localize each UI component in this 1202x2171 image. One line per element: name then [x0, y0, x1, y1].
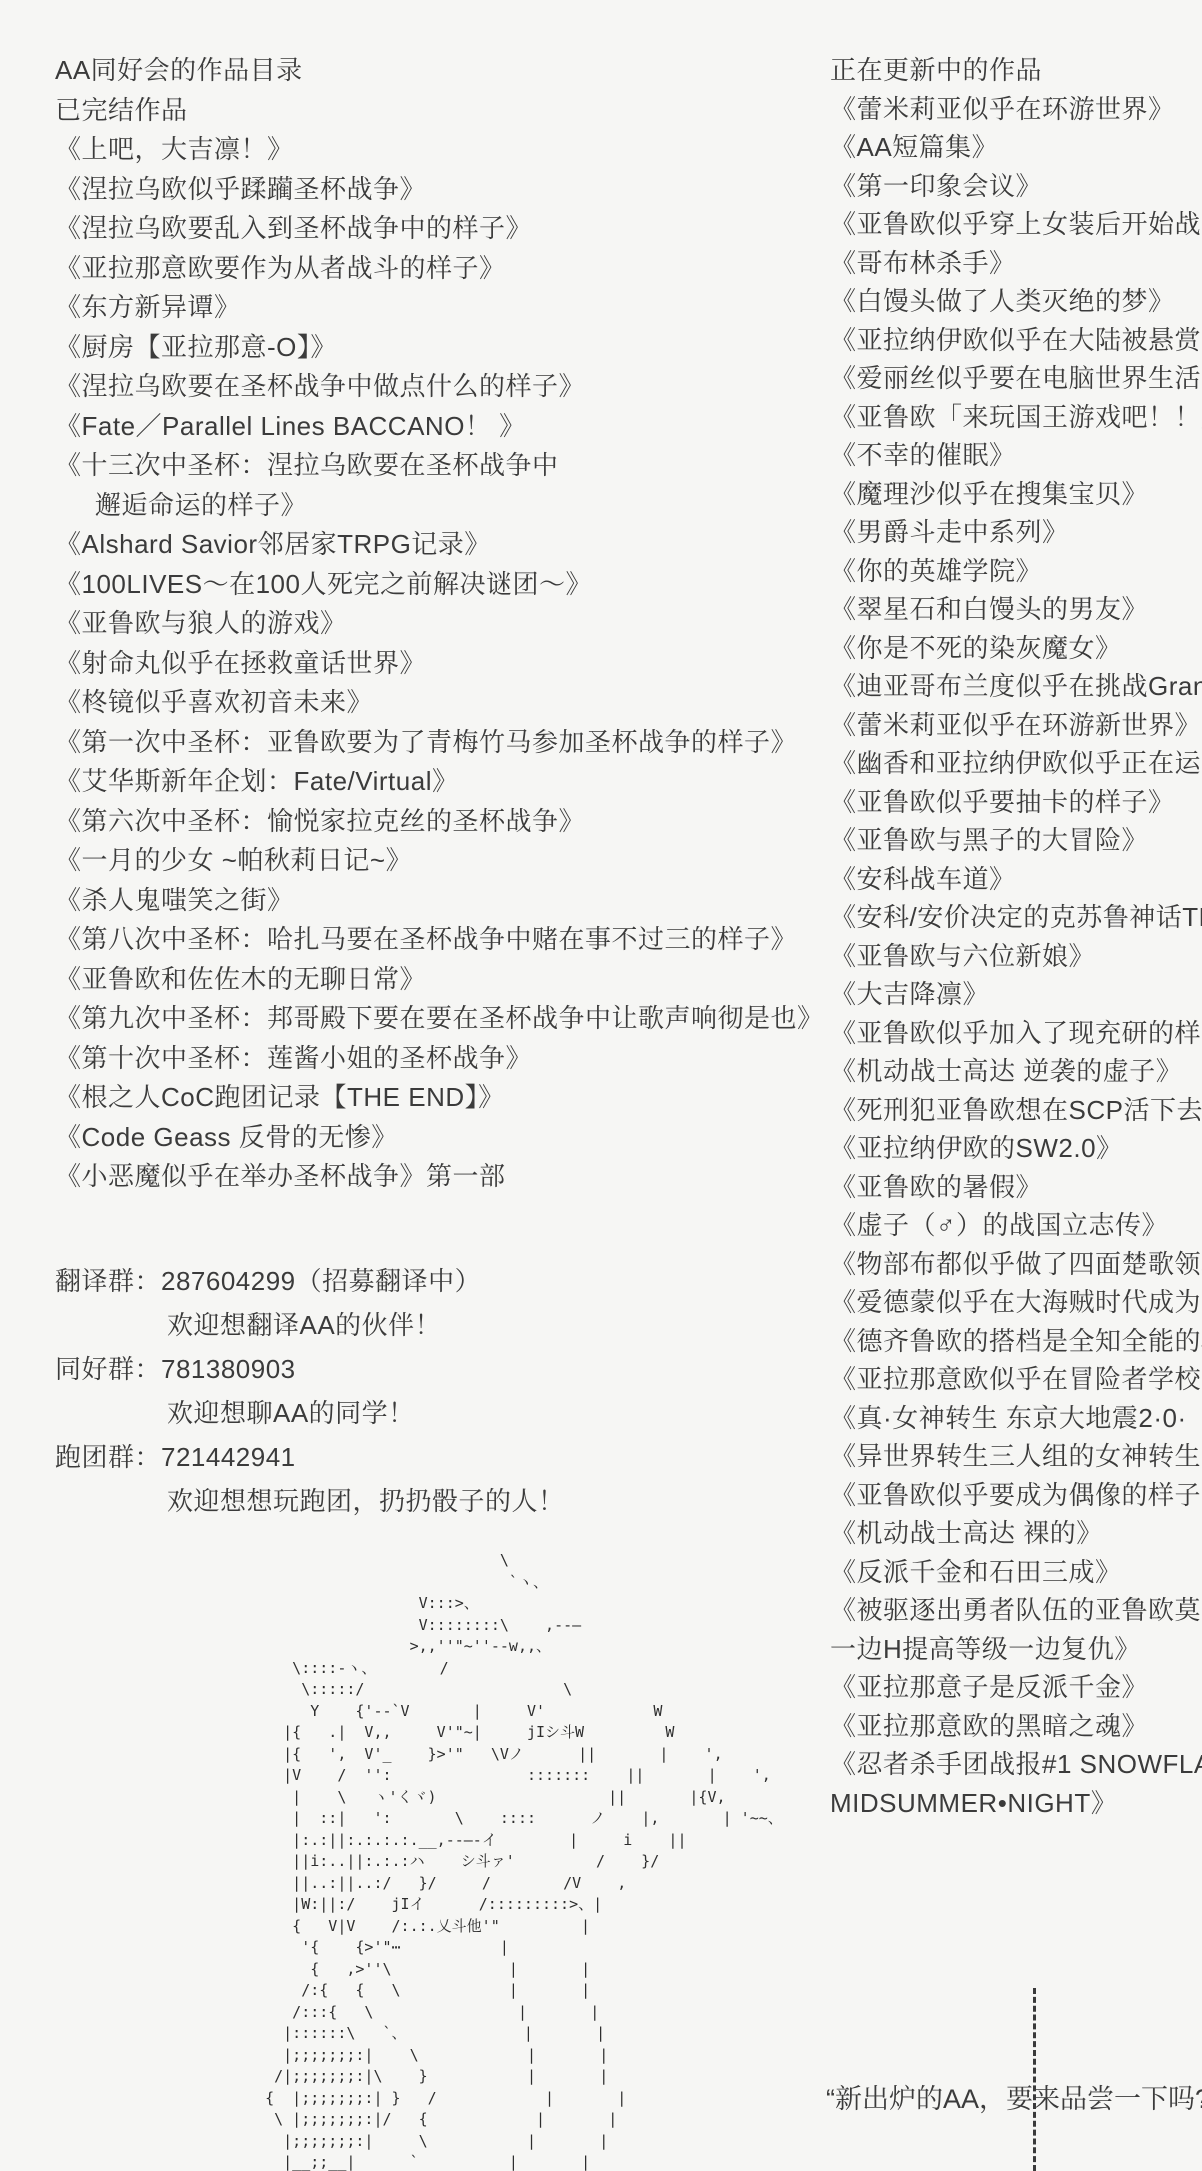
work-title-line: 《物部布都似乎做了四面楚歌领地的 [830, 1245, 1202, 1284]
work-title-line: 《一月的少女 ~帕秋莉日记~》 [55, 841, 824, 881]
updating-title: 正在更新中的作品 [830, 51, 1202, 90]
work-title-line: 《亚鲁欧似乎要成为偶像的样子》 [830, 1476, 1202, 1515]
work-title-line: 《亚拉纳伊欧似乎在大陆被悬赏》 [830, 321, 1202, 360]
work-title-line: 《幽香和亚拉纳伊欧似乎正在运营公 [830, 744, 1202, 783]
work-title-line: 《厨房【亚拉那意-O】》 [55, 328, 824, 368]
work-title-line: 《忍者杀手团战报#1 SNOWFLAK [830, 1745, 1202, 1784]
work-title-line: 《第一印象会议》 [830, 167, 1202, 206]
work-title-line: 《第一次中圣杯：亚鲁欧要为了青梅竹马参加圣杯战争的样子》 [55, 723, 824, 763]
work-title-line: 《Alshard Savior邻居家TRPG记录》 [55, 525, 824, 565]
work-title-line: 《大吉降凛》 [830, 975, 1202, 1014]
work-title-line: 《男爵斗走中系列》 [830, 513, 1202, 552]
qq-group-line: 跑团群：721442941 [55, 1435, 824, 1479]
work-title-line: 《虚子（♂）的战国立志传》 [830, 1206, 1202, 1245]
work-title-line: 《小恶魔似乎在举办圣杯战争》第一部 [55, 1157, 824, 1197]
work-title-line: 《亚鲁欧和佐佐木的无聊日常》 [55, 960, 824, 1000]
work-title-line: 《Code Geass 反骨的无惨》 [55, 1118, 824, 1158]
qq-group-line: 欢迎想想玩跑团，扔扔骰子的人！ [167, 1479, 824, 1523]
work-title-line: 《魔理沙似乎在搜集宝贝》 [830, 475, 1202, 514]
work-title-line: 《迪亚哥布兰度似乎在挑战Grand O [830, 667, 1202, 706]
work-title-line: 《亚拉纳伊欧的SW2.0》 [830, 1129, 1202, 1168]
work-title-line: 《十三次中圣杯：涅拉乌欧要在圣杯战争中 [55, 446, 824, 486]
work-title-line: 《第十次中圣杯：莲酱小姐的圣杯战争》 [55, 1039, 824, 1079]
catalog-title: AA同好会的作品目录 [55, 51, 824, 91]
work-title-line: 《反派千金和石田三成》 [830, 1553, 1202, 1592]
section-gap [55, 1197, 824, 1259]
work-title-line: 《射命丸似乎在拯救童话世界》 [55, 644, 824, 684]
ascii-art-dash-line [1033, 1988, 1036, 2171]
work-title-line: 邂逅命运的样子》 [95, 486, 824, 526]
ascii-art-mascot: \ `ヽ、 V:::>、 V::::::::\ ,--— >,,''"~''--… [238, 1550, 783, 2171]
work-title-line: 《亚拉那意欧似乎在冒险者学校追寻 [830, 1360, 1202, 1399]
work-title-line: 《翠星石和白馒头的男友》 [830, 590, 1202, 629]
qq-group-list: 翻译群：287604299（招募翻译中）欢迎想翻译AA的伙伴！同好群：78138… [55, 1259, 824, 1523]
work-title-line: 《100LIVES～在100人死完之前解决谜团～》 [55, 565, 824, 605]
work-title-line: 《亚拉那意子是反派千金》 [830, 1668, 1202, 1707]
work-title-line: 一边H提高等级一边复仇》 [830, 1630, 1202, 1669]
qq-group-line: 翻译群：287604299（招募翻译中） [55, 1259, 824, 1303]
work-title-line: 《亚鲁欧与六位新娘》 [830, 937, 1202, 976]
work-title-line: 《蕾米莉亚似乎在环游世界》 [830, 90, 1202, 129]
work-title-line: 《柊镜似乎喜欢初音未来》 [55, 683, 824, 723]
work-title-line: 《白馒头做了人类灭绝的梦》 [830, 282, 1202, 321]
work-title-line: 《第八次中圣杯：哈扎马要在圣杯战争中赌在事不过三的样子》 [55, 920, 824, 960]
work-title-line: 《亚鲁欧与黑子的大冒险》 [830, 821, 1202, 860]
work-title-line: 《亚鲁欧的暑假》 [830, 1168, 1202, 1207]
work-title-line: 《真·女神转生 东京大地震2·0· [830, 1399, 1202, 1438]
left-column: AA同好会的作品目录 已完结作品 《上吧，大吉凛！》《涅拉乌欧似乎蹂躏圣杯战争》… [55, 51, 824, 1523]
qq-group-line: 同好群：781380903 [55, 1347, 824, 1391]
work-title-line: 《德齐鲁欧的搭档是全知全能的样子 [830, 1322, 1202, 1361]
work-title-line: 《东方新异谭》 [55, 288, 824, 328]
work-title-line: 《安科战车道》 [830, 860, 1202, 899]
work-title-line: 《杀人鬼嗤笑之街》 [55, 881, 824, 921]
work-title-line: MIDSUMMER•NIGHT》 [830, 1784, 1202, 1823]
work-title-line: 《亚鲁欧似乎要抽卡的样子》 [830, 783, 1202, 822]
work-title-line: 《爱德蒙似乎在大海贼时代成为了复 [830, 1283, 1202, 1322]
work-title-line: 《第九次中圣杯：邦哥殿下要在要在圣杯战争中让歌声响彻是也》 [55, 999, 824, 1039]
work-title-line: 《亚鲁欧似乎加入了现充研的样子》 [830, 1014, 1202, 1053]
work-title-line: 《你的英雄学院》 [830, 552, 1202, 591]
work-title-line: 《你是不死的染灰魔女》 [830, 629, 1202, 668]
work-title-line: 《机动战士高达 裸的》 [830, 1514, 1202, 1553]
work-title-line: 《亚鲁欧与狼人的游戏》 [55, 604, 824, 644]
work-title-line: 《爱丽丝似乎要在电脑世界生活下去 [830, 359, 1202, 398]
finished-works-list: 《上吧，大吉凛！》《涅拉乌欧似乎蹂躏圣杯战争》《涅拉乌欧要乱入到圣杯战争中的样子… [55, 130, 824, 1197]
work-title-line: 《安科/安价决定的克苏鲁神话TRP [830, 898, 1202, 937]
work-title-line: 《蕾米莉亚似乎在环游新世界》 [830, 706, 1202, 745]
work-title-line: 《涅拉乌欧要乱入到圣杯战争中的样子》 [55, 209, 824, 249]
qq-group-line: 欢迎想翻译AA的伙伴！ [167, 1303, 824, 1347]
work-title-line: 《上吧，大吉凛！》 [55, 130, 824, 170]
work-title-line: 《Fate／Parallel Lines BACCANO！ 》 [55, 407, 824, 447]
work-title-line: 《亚拉那意欧的黑暗之魂》 [830, 1707, 1202, 1746]
work-title-line: 《AA短篇集》 [830, 128, 1202, 167]
right-column: 正在更新中的作品 《蕾米莉亚似乎在环游世界》《AA短篇集》《第一印象会议》《亚鲁… [830, 51, 1202, 1822]
work-title-line: 《亚鲁欧「来玩国王游戏吧！！」》 [830, 398, 1202, 437]
work-title-line: 《涅拉乌欧要在圣杯战争中做点什么的样子》 [55, 367, 824, 407]
qq-group-line: 欢迎想聊AA的同学！ [167, 1391, 824, 1435]
work-title-line: 《亚拉那意欧要作为从者战斗的样子》 [55, 249, 824, 289]
work-title-line: 《死刑犯亚鲁欧想在SCP活下去》 [830, 1091, 1202, 1130]
work-title-line: 《艾华斯新年企划：Fate/Virtual》 [55, 762, 824, 802]
updating-works-list: 《蕾米莉亚似乎在环游世界》《AA短篇集》《第一印象会议》《亚鲁欧似乎穿上女装后开… [830, 90, 1202, 1823]
work-title-line: 《异世界转生三人组的女神转生哀歌 [830, 1437, 1202, 1476]
work-title-line: 《被驱逐出勇者队伍的亚鲁欧莫名其 [830, 1591, 1202, 1630]
work-title-line: 《哥布林杀手》 [830, 244, 1202, 283]
work-title-line: 《根之人CoC跑团记录【THE END】》 [55, 1078, 824, 1118]
work-title-line: 《亚鲁欧似乎穿上女装后开始战车道 [830, 205, 1202, 244]
work-title-line: 《第六次中圣杯：愉悦家拉克丝的圣杯战争》 [55, 802, 824, 842]
work-title-line: 《不幸的催眠》 [830, 436, 1202, 475]
work-title-line: 《机动战士高达 逆袭的虚子》 [830, 1052, 1202, 1091]
footer-quote: “新出炉的AA，要来品尝一下吗? [826, 2082, 1202, 2116]
work-title-line: 《涅拉乌欧似乎蹂躏圣杯战争》 [55, 170, 824, 210]
finished-works-subtitle: 已完结作品 [55, 91, 824, 131]
